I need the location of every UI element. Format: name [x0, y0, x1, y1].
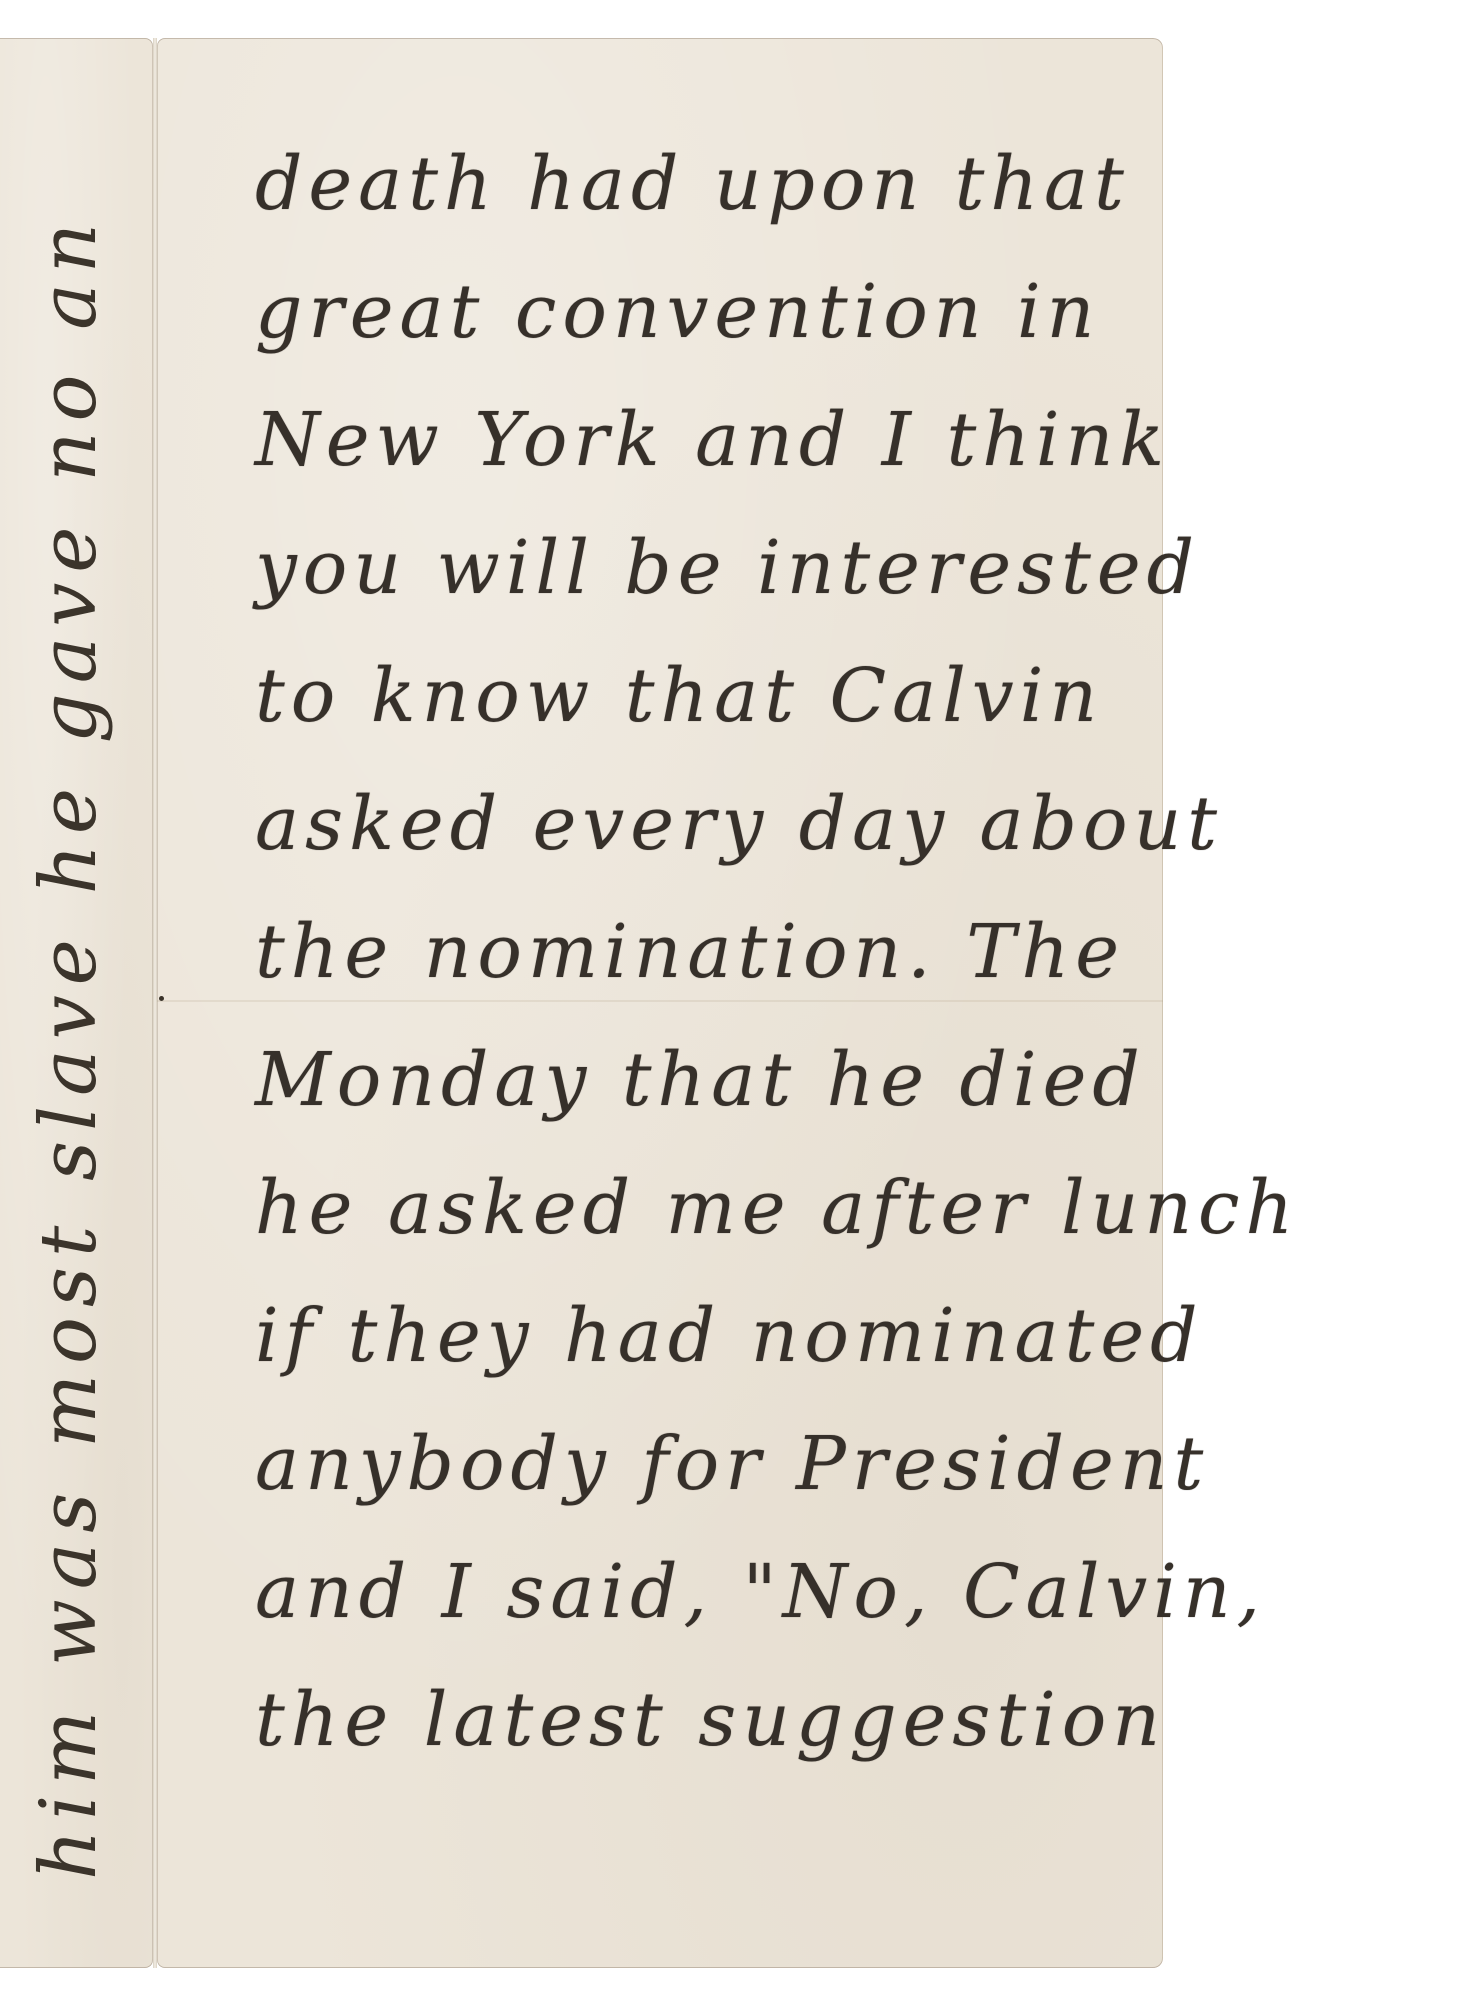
letter-line: the nomination. The: [255, 888, 1125, 1016]
letter-body: death had upon that great convention in …: [255, 120, 1125, 1784]
letter-line: anybody for President: [255, 1400, 1125, 1528]
letter-line: asked every day about: [255, 760, 1125, 888]
ink-dot: [159, 996, 164, 1001]
letter-line: to know that Calvin: [255, 632, 1125, 760]
letter-line: if they had nominated: [255, 1272, 1125, 1400]
letter-line: he asked me after lunch: [255, 1144, 1125, 1272]
letter-line: New York and I think: [255, 376, 1125, 504]
letter-line: you will be interested: [255, 504, 1125, 632]
letter-line: the latest suggestion: [255, 1656, 1125, 1784]
letter-line: great convention in: [255, 248, 1125, 376]
letter-line: Monday that he died: [255, 1016, 1125, 1144]
letter-line: and I said, "No, Calvin,: [255, 1528, 1125, 1656]
letter-line: death had upon that: [255, 120, 1125, 248]
left-panel-vertical-text: him was most slave he gave no an: [24, 50, 114, 1880]
